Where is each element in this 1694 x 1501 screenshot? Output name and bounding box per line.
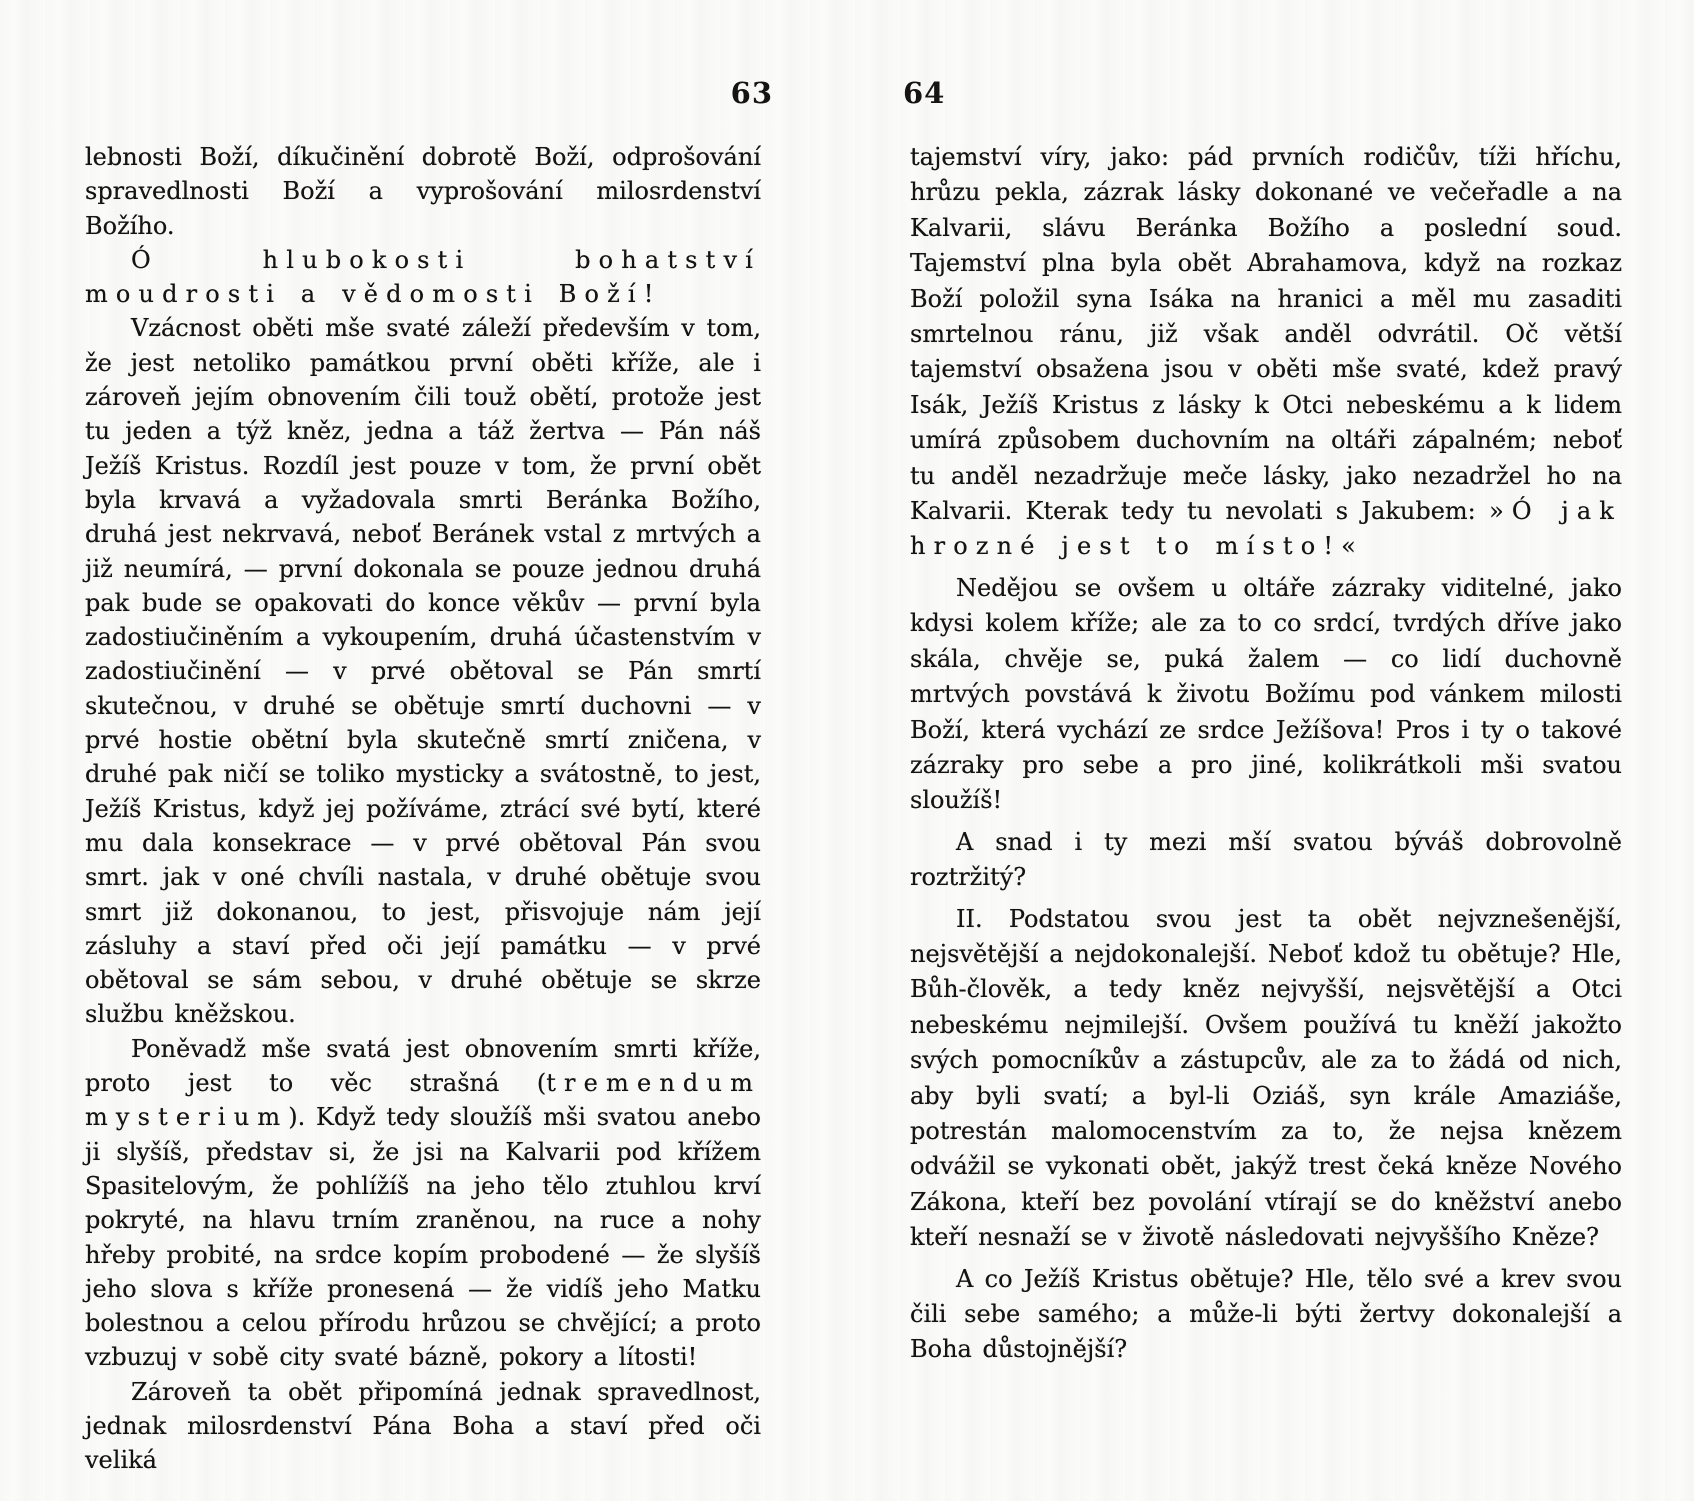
page-64-paragraph-3: A snad i ty mezi mší svatou býváš dobrov… <box>910 825 1622 896</box>
page-number-right: 64 <box>903 76 945 110</box>
scanned-book-spread: { "colors": { "paper": "#fbfbfa", "ink":… <box>0 0 1694 1501</box>
page-63-paragraph-3: Vzácnost oběti mše svaté záleží předevší… <box>85 311 761 1031</box>
page-64-paragraph-5: A co Ježíš Kristus obětuje? Hle, tělo sv… <box>910 1262 1622 1368</box>
text-run: A co Ježíš Kristus obětuje? Hle, tělo sv… <box>910 1265 1622 1364</box>
text-run: ). Když tedy sloužíš mši svatou anebo ji… <box>85 1103 761 1371</box>
page-number-left: 63 <box>731 76 773 110</box>
page-63-paragraph-5: Zároveň ta obět připomíná jednak spraved… <box>85 1375 761 1478</box>
page-64-paragraph-4: II. Podstatou svou jest ta obět nejvzneš… <box>910 902 1622 1256</box>
text-run: tajemství víry, jako: pád prvních rodičů… <box>910 143 1622 525</box>
page-64-paragraph-1: tajemství víry, jako: pád prvních rodičů… <box>910 140 1622 565</box>
page-64-paragraph-2: Nedějou se ovšem u oltáře zázraky vidite… <box>910 571 1622 819</box>
page-63-paragraph-2: Ó hlubokosti bohatství moudrosti a vědom… <box>85 243 761 312</box>
text-run: Zároveň ta obět připomíná jednak spraved… <box>85 1378 761 1475</box>
page-63-paragraph-1: lebnosti Boží, díkučinění dobrotě Boží, … <box>85 140 761 243</box>
text-run: Vzácnost oběti mše svaté záleží předevší… <box>85 314 761 1028</box>
text-run: II. Podstatou svou jest ta obět nejvzneš… <box>910 905 1622 1252</box>
text-run: lebnosti Boží, díkučinění dobrotě Boží, … <box>85 143 761 240</box>
letterspaced-text-run: Ó hlubokosti bohatství moudrosti a vědom… <box>85 246 761 308</box>
text-run: A snad i ty mezi mší svatou býváš dobrov… <box>910 828 1622 891</box>
text-run: Nedějou se ovšem u oltáře zázraky vidite… <box>910 574 1622 814</box>
page-63-paragraph-4: Poněvadž mše svatá jest obnovením smrti … <box>85 1032 761 1375</box>
page-64-text-column: tajemství víry, jako: pád prvních rodičů… <box>910 140 1622 1368</box>
page-63-text-column: lebnosti Boží, díkučinění dobrotě Boží, … <box>85 140 761 1478</box>
